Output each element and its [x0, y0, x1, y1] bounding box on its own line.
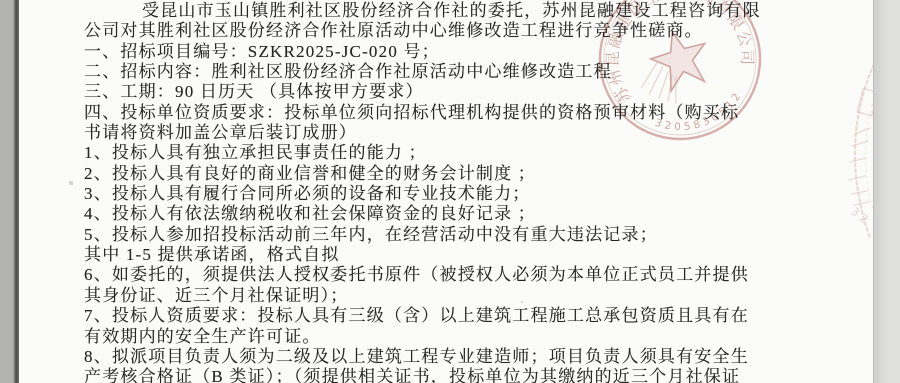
- text-line: 3、投标人具有履行合同所必须的设备和专业技术能力；: [84, 184, 794, 204]
- edge-seal-digits: 32: [849, 205, 874, 229]
- text-line: 产考核合格证（B 类证）；（须提供相关证书，投标单位为其缴纳的近三个月社保证: [84, 367, 794, 383]
- seal-number: 3205830512: [649, 86, 751, 142]
- text-line: 6、如委托的，须提供法人授权委托书原件（被授权人必须为本单位正式员工并提供: [84, 265, 794, 285]
- text-line: 其中 1-5 提供承诺函，格式自拟: [84, 245, 794, 265]
- scan-edge-right: [873, 0, 900, 383]
- text-line: 8、拟派项目负责人须为二级及以上建筑工程专业建造师；项目负责人须具有安全生: [84, 347, 794, 367]
- company-seal-stamp: 苏州昆融建设工程咨询有限公司 3205830512: [565, 0, 795, 174]
- text-line: 7、投标人资质要求：投标人具有三级（含）以上建筑工程施工总承包资质且具有在: [84, 306, 794, 326]
- scanned-document-page: 受昆山市玉山镇胜利社区股份经济合作社的委托，苏州昆融建设工程咨询有限公司对其胜利…: [0, 0, 900, 383]
- text-line: 其身份证、近三个月社保证明）；: [84, 286, 794, 306]
- star-icon: [645, 24, 714, 93]
- text-line: 有效期内的安全生产许可证。: [84, 327, 794, 347]
- scan-edge-left: [0, 0, 19, 383]
- edge-seal-stroke-marks: [849, 128, 870, 205]
- text-line: 5、投标人参加招投标活动前三年内，在经营活动中没有重大违法记录；: [84, 225, 794, 245]
- text-line: 4、投标人有依法缴纳税收和社会保障资金的良好记录 ；: [84, 204, 794, 224]
